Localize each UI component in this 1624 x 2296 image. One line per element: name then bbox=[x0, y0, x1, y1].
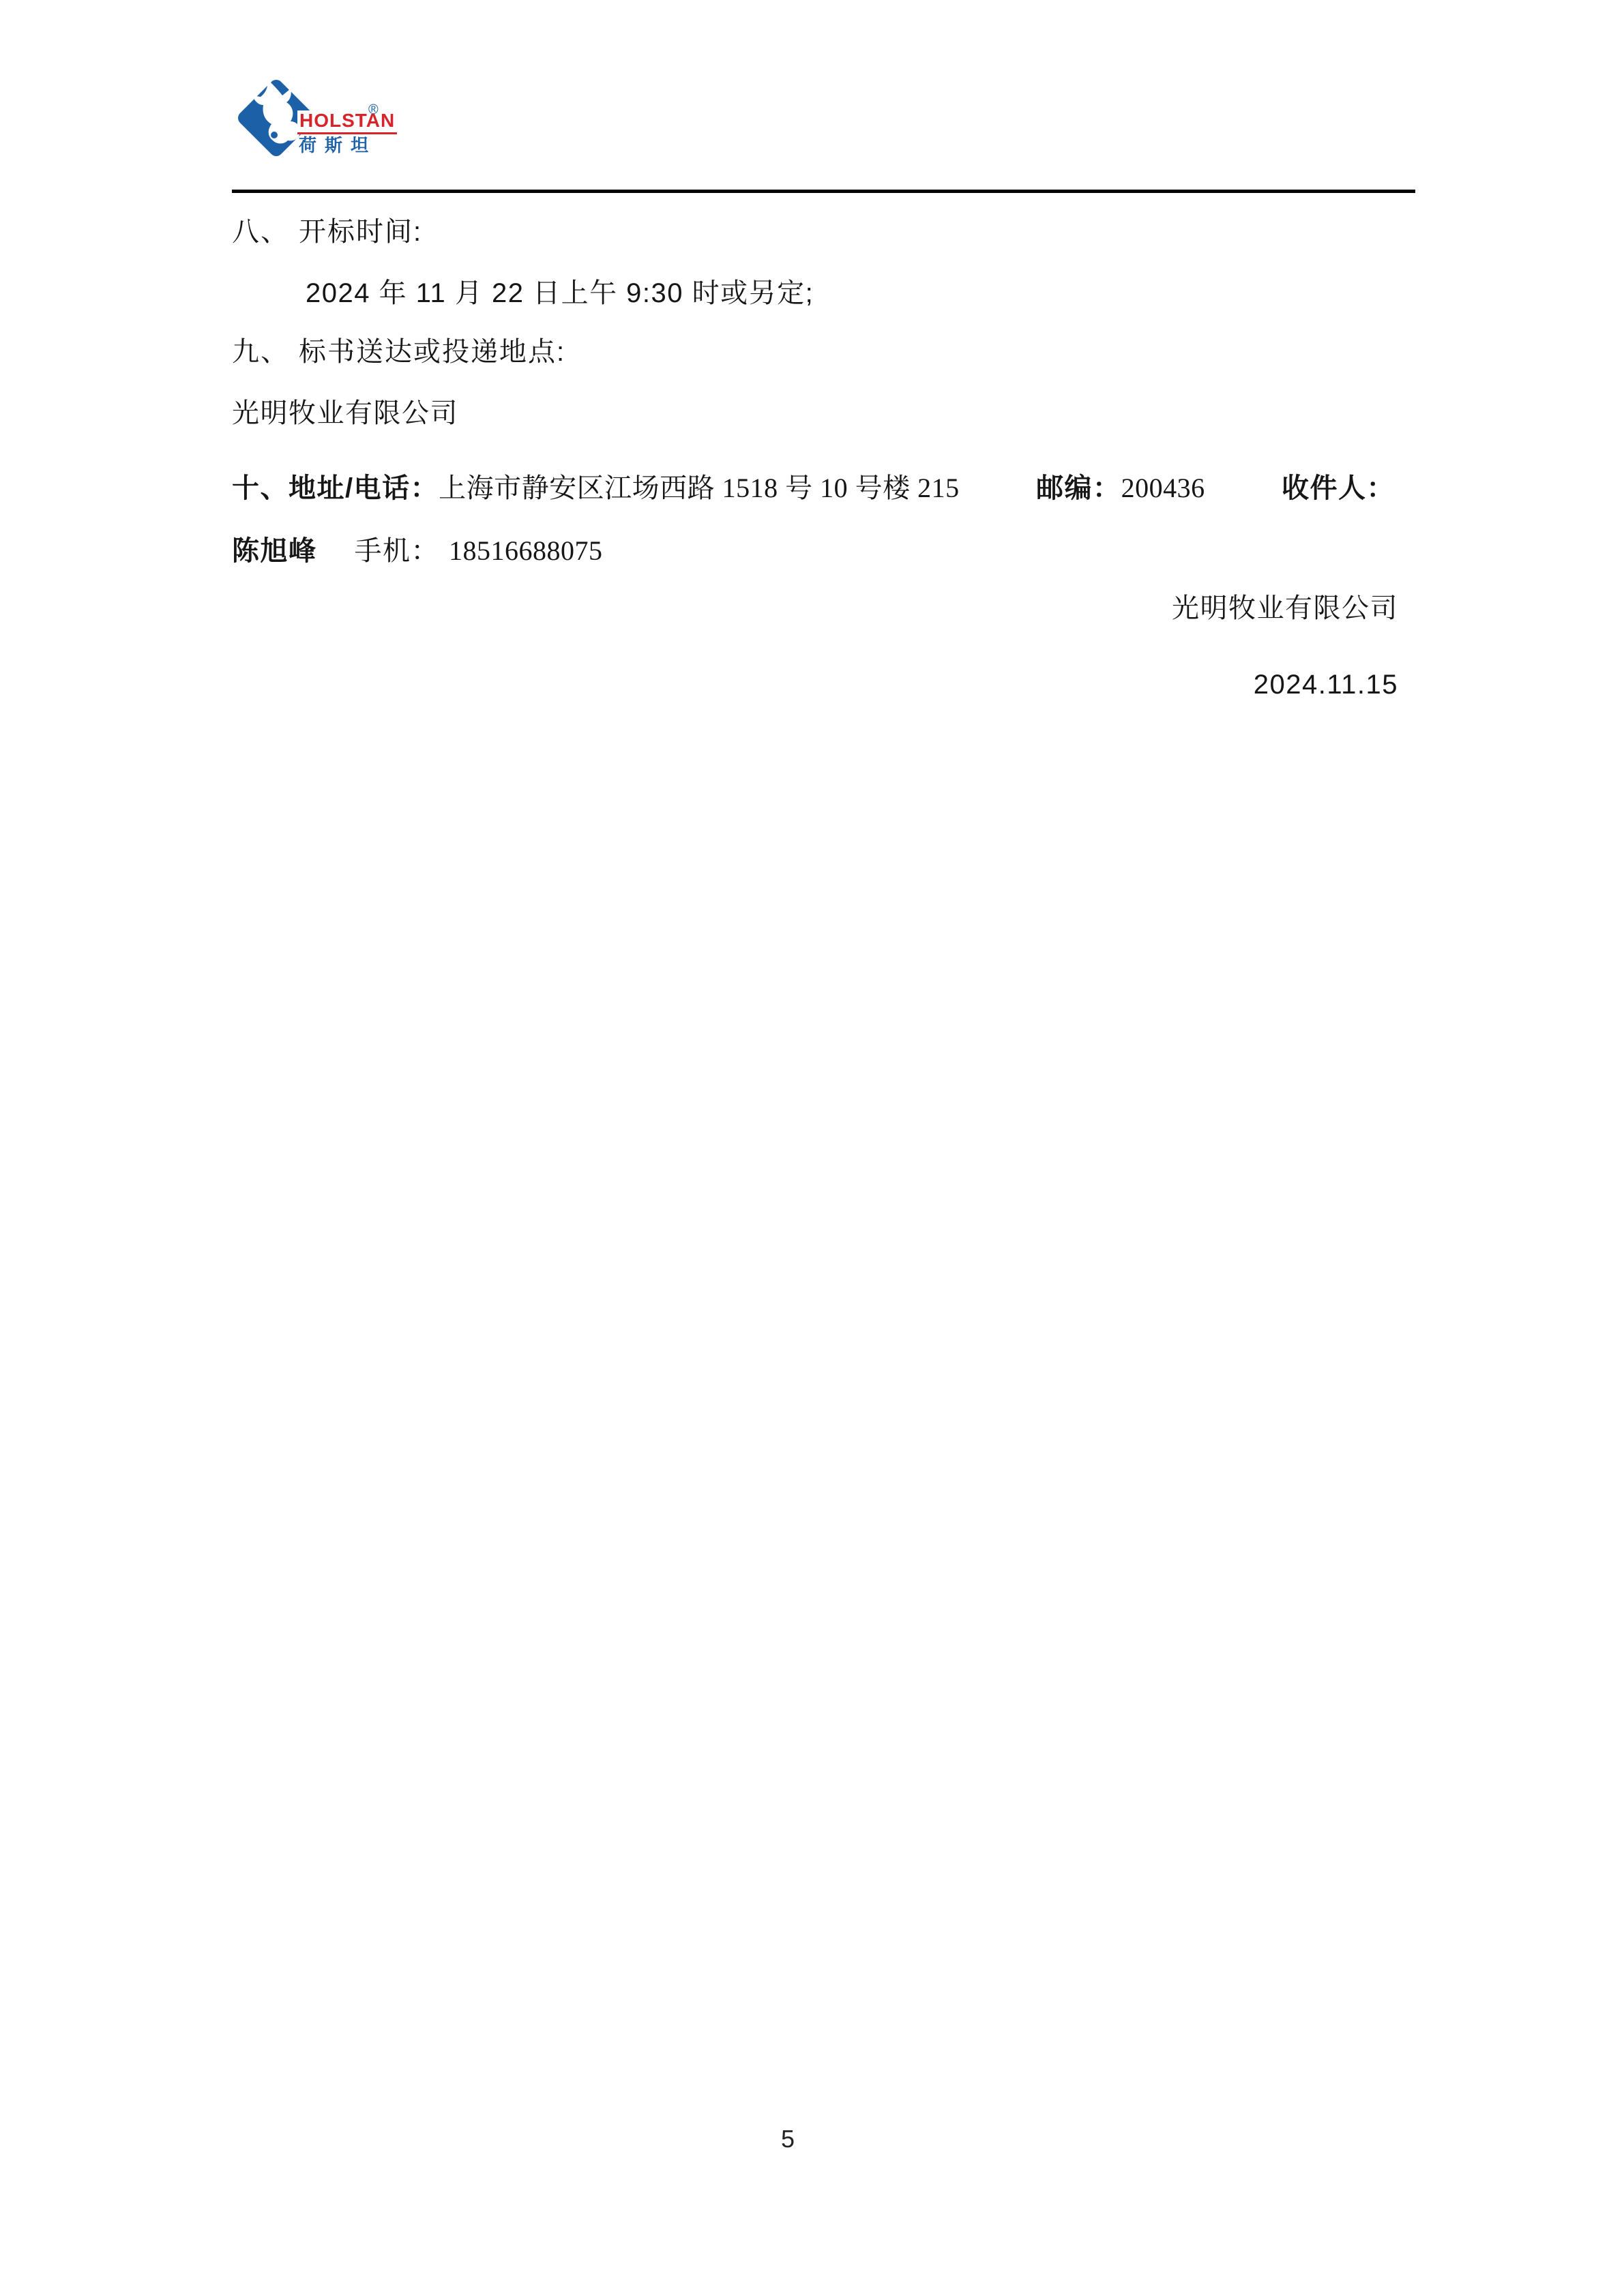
section-9-heading: 九、标书送达或投递地点: bbox=[232, 336, 565, 368]
recipient-label: 收件人： bbox=[1282, 472, 1395, 505]
mobile-number: 18516688075 bbox=[449, 535, 603, 566]
signature-date: 2024.11.15 bbox=[1254, 668, 1398, 701]
section-8-heading: 八、开标时间: bbox=[232, 215, 422, 248]
logo-brand-zh: 荷斯坦 bbox=[299, 136, 377, 155]
cow-nostril-dot bbox=[271, 132, 278, 138]
section-9-title: 标书送达或投递地点: bbox=[299, 337, 565, 367]
header-rule bbox=[232, 190, 1415, 193]
holstan-logo: HOLSTAN ® 荷斯坦 bbox=[229, 68, 393, 164]
address-label: 十、地址/电话： bbox=[232, 473, 439, 503]
signature-company: 光明牧业有限公司 bbox=[1172, 592, 1398, 625]
postal-group: 邮编：200436 bbox=[1036, 472, 1205, 505]
bid-opening-time: 2024 年 11 月 22 日上午 9:30 时或另定; bbox=[306, 277, 814, 310]
section-8-number: 八、 bbox=[232, 217, 289, 247]
mobile-label: 手机： bbox=[355, 536, 440, 566]
contact-line: 陈旭峰手机：18516688075 bbox=[232, 535, 603, 567]
section-9-number: 九、 bbox=[232, 337, 289, 367]
delivery-company: 光明牧业有限公司 bbox=[232, 397, 458, 430]
document-page: HOLSTAN ® 荷斯坦 八、开标时间: 2024 年 11 月 22 日上午… bbox=[0, 0, 1624, 2296]
address-value: 上海市静安区江场西路 1518 号 10 号楼 215 bbox=[439, 473, 960, 503]
page-number: 5 bbox=[0, 2125, 1576, 2153]
section-10-address-line: 十、地址/电话：上海市静安区江场西路 1518 号 10 号楼 215 邮编：2… bbox=[232, 472, 1395, 505]
section-8-title: 开标时间: bbox=[299, 217, 422, 247]
registered-trademark-icon: ® bbox=[368, 102, 379, 118]
postal-label: 邮编： bbox=[1036, 473, 1121, 503]
postal-code: 200436 bbox=[1121, 473, 1205, 503]
contact-name: 陈旭峰 bbox=[232, 536, 317, 566]
address-group: 十、地址/电话：上海市静安区江场西路 1518 号 10 号楼 215 bbox=[232, 472, 960, 505]
logo-brand-en: HOLSTAN bbox=[297, 110, 397, 134]
